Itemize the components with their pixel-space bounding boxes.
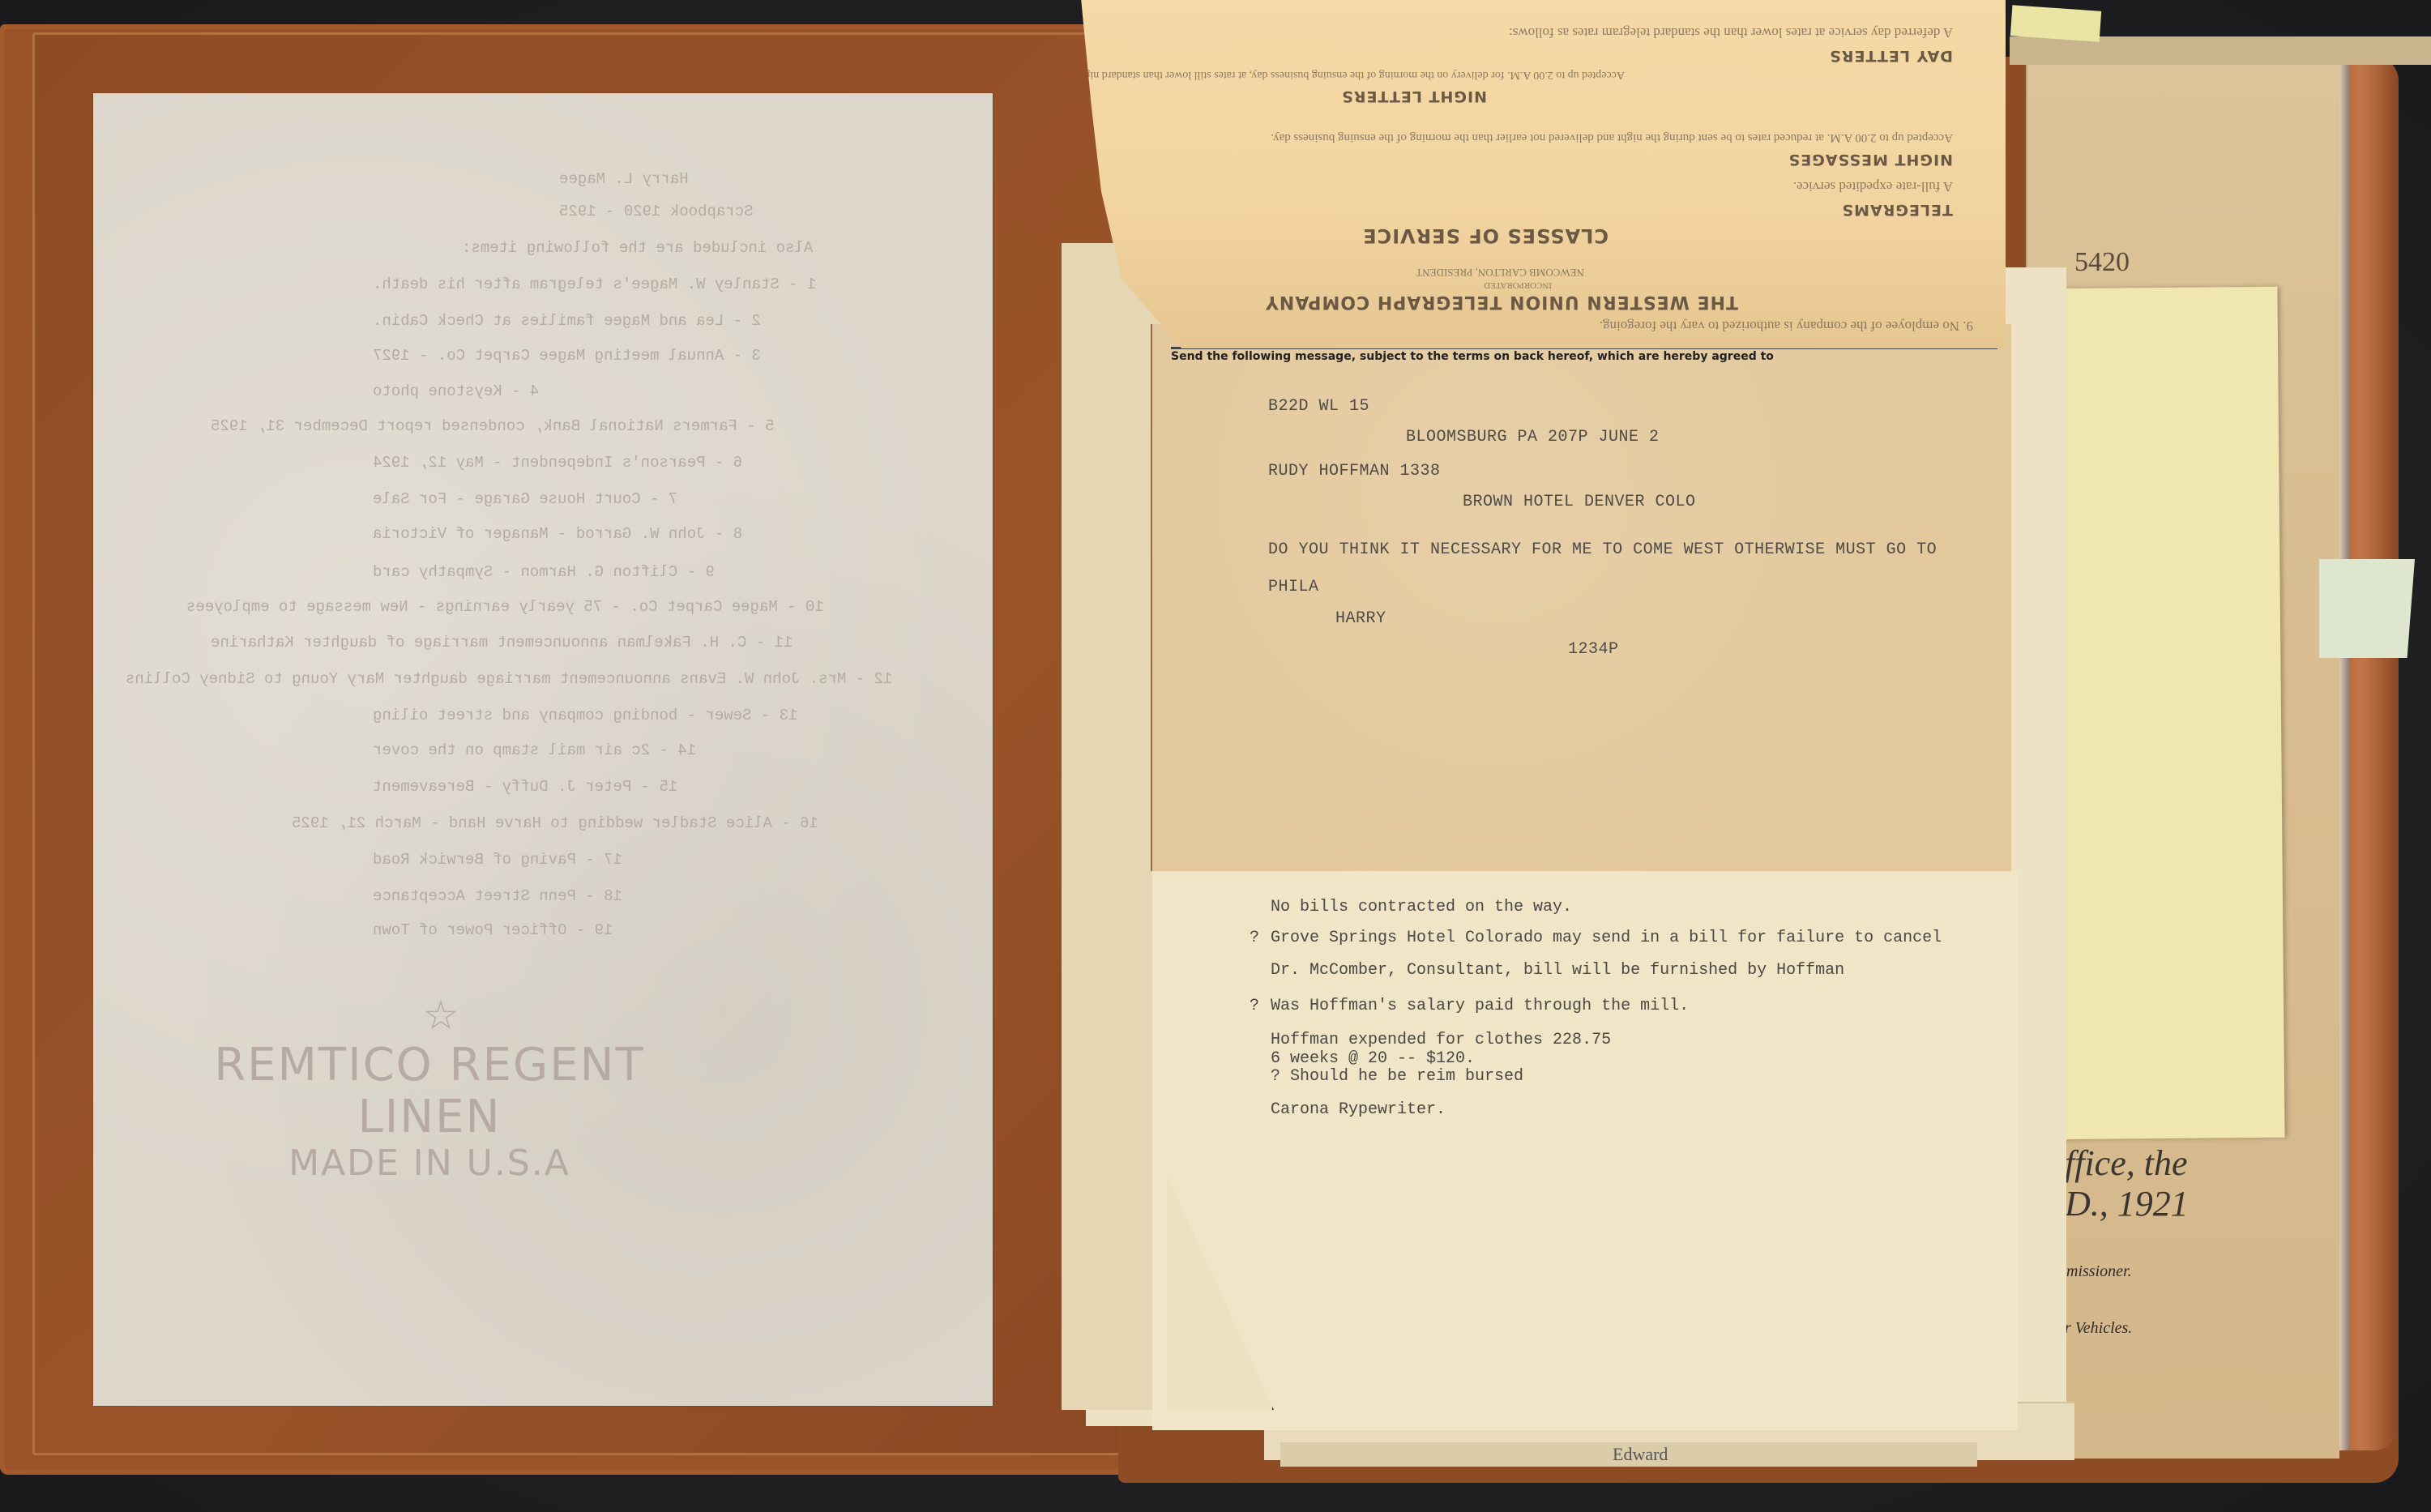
telegram-message-line2: PHILA bbox=[1268, 578, 1319, 596]
tissue-item: 10 - Magee Carpet Co. - 75 yearly earnin… bbox=[186, 598, 824, 616]
classes-of-service-title: CLASSES OF SERVICE bbox=[1362, 224, 1609, 247]
certificate-commissioner-label: missioner. bbox=[2066, 1262, 2132, 1281]
tissue-mirrored-text: Harry L. Magee Scrapbook 1920 - 1925 Als… bbox=[93, 93, 993, 1406]
tissue-item: 18 - Penn Street Acceptance bbox=[373, 887, 622, 905]
tissue-item: 12 - Mrs. John W. Evans announcement mar… bbox=[126, 670, 892, 688]
tan-paper-edge bbox=[2010, 36, 2431, 65]
company-name: THE WESTERN UNION TELEGRAPH COMPANY bbox=[1265, 292, 1738, 312]
tissue-subtitle: Scrapbook 1920 - 1925 bbox=[559, 203, 753, 220]
tissue-item: 5 - Farmers National Bank, condensed rep… bbox=[211, 417, 775, 435]
night-letters-text: Accepted up to 2.00 A.M. for delivery on… bbox=[1007, 68, 1625, 81]
tissue-item: 2 - Lea and Magee families at Check Cabi… bbox=[373, 312, 761, 330]
certificate-vehicles-label: r Vehicles. bbox=[2065, 1319, 2132, 1338]
president-label: NEWCOMB CARLTON, PRESIDENT bbox=[1416, 266, 1584, 279]
tissue-intro: Also included are the following items: bbox=[462, 239, 813, 257]
memo-line: Was Hoffman's salary paid through the mi… bbox=[1271, 997, 1689, 1015]
watermark-line2: MADE IN U.S.A bbox=[138, 1143, 721, 1185]
tissue-item: 8 - John W. Garrod - Manager of Victoria bbox=[373, 525, 742, 543]
telegram-recipient: RUDY HOFFMAN 1338 bbox=[1268, 462, 1441, 481]
green-sticky-flag[interactable] bbox=[2319, 559, 2415, 658]
certificate-number: 5420 bbox=[2074, 247, 2130, 278]
tissue-item: 17 - Paving of Berwick Road bbox=[373, 851, 622, 869]
tan-sheet-strip bbox=[1062, 243, 1159, 1410]
memo-question-mark: ? bbox=[1250, 997, 1259, 1015]
yellow-tab-note[interactable] bbox=[2010, 5, 2101, 42]
telegram-instruction: Send the following message, subject to t… bbox=[1171, 350, 1774, 363]
telegram-time: 1234P bbox=[1568, 640, 1619, 659]
memo-line: Hoffman expended for clothes 228.75 bbox=[1271, 1031, 1611, 1049]
tissue-name: Harry L. Magee bbox=[559, 170, 689, 188]
tissue-item: 7 - Court House Garage - For Sale bbox=[373, 490, 677, 508]
terms-9: 9. No employee of the company is authori… bbox=[1600, 318, 1973, 334]
typed-memo-sheet bbox=[1152, 871, 2018, 1430]
tissue-item: 4 - Keystone photo bbox=[373, 382, 539, 400]
watermark-line1: REMTICO REGENT LINEN bbox=[138, 1040, 721, 1144]
certificate-script-date: D., 1921 bbox=[2065, 1183, 2189, 1224]
incorporated-label: INCORPORATED bbox=[1484, 280, 1552, 290]
clipping-fragment-text: Edward bbox=[1613, 1444, 1668, 1465]
paper-watermark: ☆ REMTICO REGENT LINEN MADE IN U.S.A bbox=[138, 993, 721, 1185]
memo-question-mark: ? bbox=[1250, 929, 1259, 947]
telegram-message-line1: DO YOU THINK IT NECESSARY FOR ME TO COME… bbox=[1268, 540, 1937, 559]
yellow-note-sheet[interactable] bbox=[2038, 287, 2284, 1140]
telegrams-heading: TELEGRAMS bbox=[1841, 201, 1953, 219]
telegram-code: B22D WL 15 bbox=[1268, 397, 1369, 416]
tissue-item: 11 - C. H. Fakelman announcement marriag… bbox=[211, 634, 793, 651]
telegram-back-text: 9. No employee of the company is authori… bbox=[1001, 0, 2006, 348]
night-messages-text: Accepted up to 2.00 A.M. at reduced rate… bbox=[1271, 130, 1953, 144]
star-icon: ☆ bbox=[162, 993, 721, 1040]
telegram-signature: HARRY bbox=[1335, 609, 1386, 628]
certificate-script-office: ffice, the bbox=[2065, 1143, 2188, 1184]
tissue-item: 1 - Stanley W. Magee's telegram after hi… bbox=[373, 275, 816, 293]
tissue-item: 6 - Pearson's Independent - May 12, 1924 bbox=[373, 454, 742, 472]
telegrams-text: A full-rate expedited service. bbox=[1793, 178, 1953, 194]
tissue-index-sheet: Harry L. Magee Scrapbook 1920 - 1925 Als… bbox=[93, 93, 993, 1406]
telegram-back-flap[interactable]: 9. No employee of the company is authori… bbox=[1001, 0, 2006, 348]
night-messages-heading: NIGHT MESSAGES bbox=[1788, 151, 1953, 169]
day-letters-text: A deferred day service at rates lower th… bbox=[1509, 24, 1953, 41]
tissue-item: 19 - Officer Power of Town bbox=[373, 921, 613, 939]
night-letters-heading: NIGHT LETTERS bbox=[1341, 88, 1487, 105]
tissue-item: 13 - Sewer - bonding company and street … bbox=[373, 707, 798, 724]
tissue-item: 15 - Peter J. Duffy - Bereavement bbox=[373, 778, 677, 796]
memo-line: 6 weeks @ 20 -- $120. bbox=[1271, 1049, 1475, 1068]
tissue-item: 3 - Annual meeting Magee Carpet Co. - 19… bbox=[373, 347, 761, 365]
memo-line: ? Should he be reim bursed bbox=[1271, 1067, 1523, 1086]
day-letters-heading: DAY LETTERS bbox=[1829, 47, 1953, 65]
tissue-item: 16 - Alice Stadler wedding to Harve Hand… bbox=[292, 814, 818, 832]
telegram-address: BROWN HOTEL DENVER COLO bbox=[1463, 493, 1696, 511]
telegram-origin: BLOOMSBURG PA 207P JUNE 2 bbox=[1406, 428, 1660, 446]
memo-line: No bills contracted on the way. bbox=[1271, 898, 1572, 916]
memo-line: Grove Springs Hotel Colorado may send in… bbox=[1271, 929, 1942, 947]
memo-line: Carona Rypewriter. bbox=[1271, 1100, 1446, 1119]
tissue-item: 9 - Clifton G. Harmon - Sympathy card bbox=[373, 563, 715, 581]
memo-line: Dr. McComber, Consultant, bill will be f… bbox=[1271, 961, 1844, 980]
tissue-item: 14 - 2c air mail stamp on the cover bbox=[373, 741, 696, 759]
